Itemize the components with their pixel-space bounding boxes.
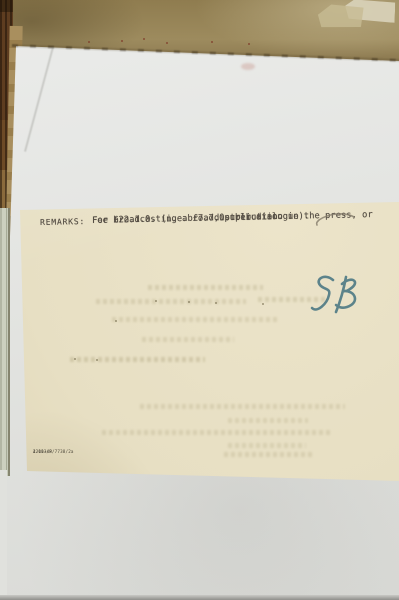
red-speck xyxy=(248,43,250,45)
red-speck xyxy=(166,42,168,44)
red-speck xyxy=(121,40,123,42)
ink-speck xyxy=(215,302,217,304)
red-speck xyxy=(211,41,213,43)
print-date: 4-10-48 xyxy=(33,446,52,458)
ghost-typed-text xyxy=(228,443,306,448)
ghost-typed-text xyxy=(102,430,330,435)
red-speck xyxy=(88,41,90,43)
ghost-typed-text xyxy=(70,357,205,362)
ghost-typed-text xyxy=(228,418,308,423)
ink-speck xyxy=(188,301,190,303)
ghost-typed-text xyxy=(148,285,263,290)
paper-edge-strip xyxy=(0,470,7,600)
ink-speck xyxy=(74,358,76,360)
document-photo: REMARKS: Fee £22.1.0. (i.e. £7.7.0. per … xyxy=(0,0,399,600)
ink-speck xyxy=(262,303,264,305)
photo-bottom-edge xyxy=(0,595,399,600)
ink-speck xyxy=(155,300,157,302)
ghost-typed-text xyxy=(258,297,328,302)
handwritten-initials xyxy=(303,272,365,320)
red-speck xyxy=(143,38,145,40)
ghost-typed-text xyxy=(112,317,280,322)
ghost-typed-text xyxy=(140,404,345,409)
remarks-label: REMARKS: xyxy=(40,217,85,229)
ghost-typed-text xyxy=(142,337,234,342)
handwritten-flourish-mark xyxy=(313,211,357,231)
paper-smudge xyxy=(241,63,255,70)
ink-speck xyxy=(96,359,98,361)
folder-spine-strip xyxy=(0,208,10,476)
ink-speck xyxy=(115,320,117,322)
ghost-typed-text xyxy=(224,452,312,457)
ghost-typed-text xyxy=(96,299,246,304)
